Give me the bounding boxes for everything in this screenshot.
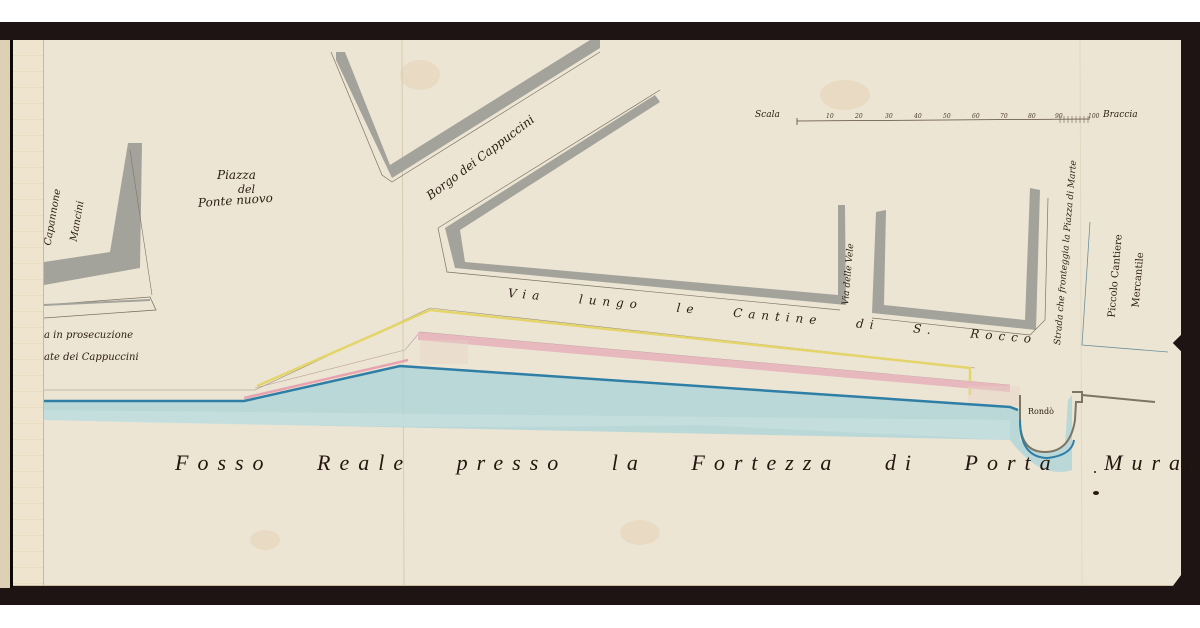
scale-tick: 100 — [1088, 113, 1099, 120]
label-cappuccini-cont: ate dei Cappuccini — [44, 352, 139, 363]
cantine-block — [438, 90, 846, 310]
vele-block — [872, 188, 1048, 335]
scale-tick: 60 — [972, 113, 980, 120]
scale-right-label: Braccia — [1103, 110, 1138, 120]
map-title: Fosso Reale presso la Fortezza di Porta … — [175, 450, 1200, 476]
piccolo-cantiere-outline — [1082, 222, 1168, 352]
scale-tick: 20 — [855, 113, 863, 120]
ink-blot — [1093, 491, 1099, 495]
scale-tick: 10 — [826, 113, 834, 120]
scale-tick: 90 — [1055, 113, 1063, 120]
fold-line — [402, 40, 404, 585]
scale-tick: 50 — [943, 113, 951, 120]
capannone-block — [44, 143, 156, 318]
scale-tick: 70 — [1000, 113, 1008, 120]
label-prosecuzione: a in prosecuzione — [44, 330, 133, 341]
scale-tick: 40 — [914, 113, 922, 120]
label-piazza: Piazza — [217, 168, 256, 182]
label-rondo: Rondò — [1028, 407, 1054, 416]
scale-left-label: Scala — [755, 110, 780, 120]
scale-tick: 80 — [1028, 113, 1036, 120]
map-drawing — [0, 0, 1200, 628]
rondo-bastion — [1020, 392, 1155, 458]
scale-tick: 30 — [885, 113, 893, 120]
